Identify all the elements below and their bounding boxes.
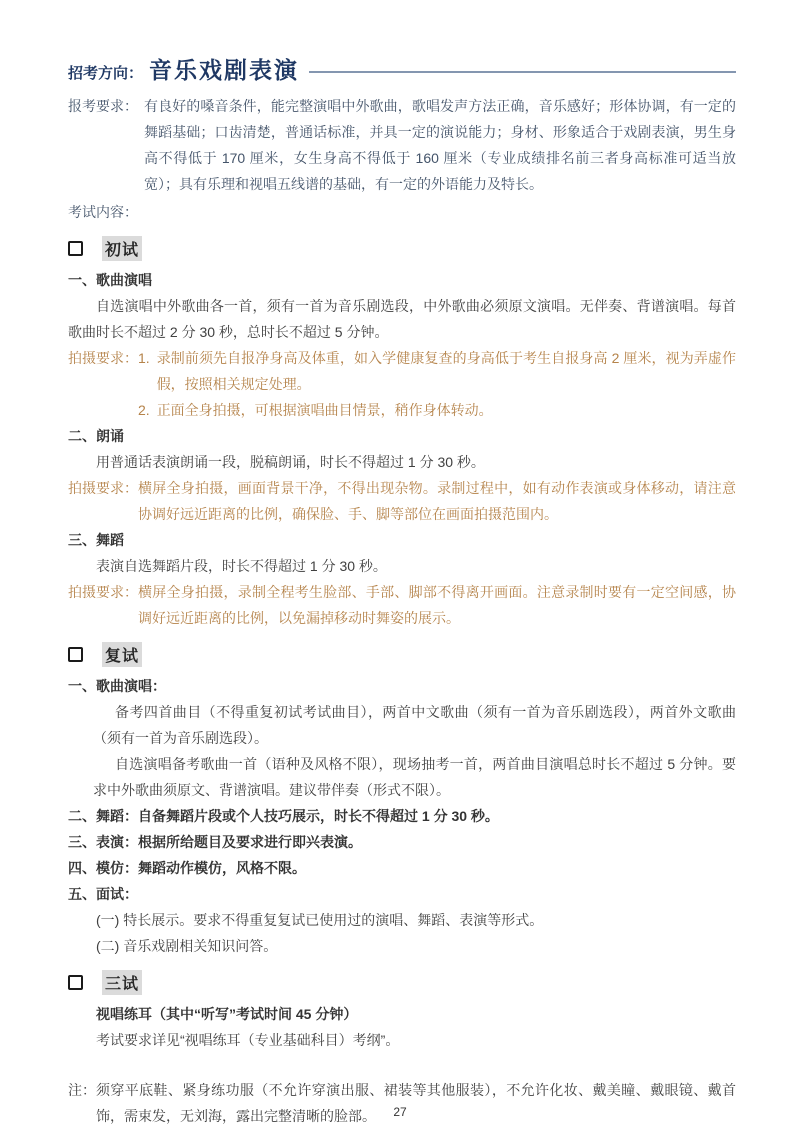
application-requirements-label: 报考要求： <box>68 93 144 197</box>
round3-subject: 视唱练耳（其中“听写”考试时间 45 分钟） <box>96 1001 736 1027</box>
shoot-item-text: 录制前须先自报净身高及体重，如入学健康复查的身高低于考生自报身高 2 厘米，视为… <box>157 345 736 397</box>
shoot-text: 横屏全身拍摄，画面背景干净，不得出现杂物。录制过程中，如有动作表演或身体移动，请… <box>138 475 736 527</box>
round1-subject1-shoot-requirements: 拍摄要求： 1. 录制前须先自报净身高及体重，如入学健康复查的身高低于考生自报身… <box>68 345 736 423</box>
shoot-item-text: 正面全身拍摄，可根据演唱曲目情景，稍作身体转动。 <box>157 397 736 423</box>
round3-title: 三试 <box>102 970 142 995</box>
header-rule <box>309 71 736 73</box>
round2-item1-title: 一、歌曲演唱： <box>68 673 736 699</box>
shoot-item: 2. 正面全身拍摄，可根据演唱曲目情景，稍作身体转动。 <box>138 397 736 423</box>
application-requirements-text: 有良好的嗓音条件，能完整演唱中外歌曲，歌唱发声方法正确，音乐感好；形体协调，有一… <box>144 93 736 197</box>
round2-item5: 五、面试： <box>68 881 736 907</box>
round1-subject2-desc: 用普通话表演朗诵一段，脱稿朗诵，时长不得超过 1 分 30 秒。 <box>68 449 736 475</box>
shoot-item-number: 1. <box>138 345 157 397</box>
round1-subject2-title: 二、朗诵 <box>68 423 736 449</box>
note-label: 注： <box>68 1077 96 1129</box>
shoot-label: 拍摄要求： <box>68 345 138 423</box>
section-round3: 三试 <box>68 968 736 996</box>
round2-item5-sub1: (一) 特长展示。要求不得重复复试已使用过的演唱、舞蹈、表演等形式。 <box>96 907 736 933</box>
round1-subject3-title: 三、舞蹈 <box>68 527 736 553</box>
round2-item4: 四、模仿：舞蹈动作模仿，风格不限。 <box>68 855 736 881</box>
round1-subject1-title: 一、歌曲演唱 <box>68 267 736 293</box>
square-bullet-icon <box>68 241 83 256</box>
doc-header: 招考方向： 音乐戏剧表演 <box>68 52 736 85</box>
round2-item1-para2: 自选演唱备考歌曲一首（语种及风格不限），现场抽考一首，两首曲目演唱总时长不超过 … <box>93 751 736 803</box>
round1-subject3-desc: 表演自选舞蹈片段，时长不得超过 1 分 30 秒。 <box>68 553 736 579</box>
page-content: 招考方向： 音乐戏剧表演 报考要求： 有良好的嗓音条件，能完整演唱中外歌曲，歌唱… <box>0 0 800 1129</box>
round2-title: 复试 <box>102 642 142 667</box>
round2-item3: 三、表演：根据所给题目及要求进行即兴表演。 <box>68 829 736 855</box>
round2-item1-para1: 备考四首曲目（不得重复初试考试曲目），两首中文歌曲（须有一首为音乐剧选段），两首… <box>93 699 736 751</box>
admission-direction-label: 招考方向： <box>68 62 143 83</box>
square-bullet-icon <box>68 647 83 662</box>
page-number: 27 <box>0 1105 800 1119</box>
round2-item2: 二、舞蹈：自备舞蹈片段或个人技巧展示，时长不得超过 1 分 30 秒。 <box>68 803 736 829</box>
shoot-label: 拍摄要求： <box>68 579 138 631</box>
note-text: 须穿平底鞋、紧身练功服（不允许穿演出服、裙装等其他服装），不允许化妆、戴美瞳、戴… <box>96 1077 736 1129</box>
round1-subject1-desc: 自选演唱中外歌曲各一首，须有一首为音乐剧选段，中外歌曲必须原文演唱。无伴奏、背谱… <box>68 293 736 345</box>
note: 注： 须穿平底鞋、紧身练功服（不允许穿演出服、裙装等其他服装），不允许化妆、戴美… <box>68 1077 736 1129</box>
square-bullet-icon <box>68 975 83 990</box>
exam-content-label: 考试内容： <box>68 199 736 225</box>
document-page: 招考方向： 音乐戏剧表演 报考要求： 有良好的嗓音条件，能完整演唱中外歌曲，歌唱… <box>0 0 800 1131</box>
round1-subject2-shoot-requirements: 拍摄要求： 横屏全身拍摄，画面背景干净，不得出现杂物。录制过程中，如有动作表演或… <box>68 475 736 527</box>
shoot-item: 1. 录制前须先自报净身高及体重，如入学健康复查的身高低于考生自报身高 2 厘米… <box>138 345 736 397</box>
shoot-item-number: 2. <box>138 397 157 423</box>
shoot-label: 拍摄要求： <box>68 475 138 527</box>
round1-subject3-shoot-requirements: 拍摄要求： 横屏全身拍摄，录制全程考生脸部、手部、脚部不得离开画面。注意录制时要… <box>68 579 736 631</box>
section-round1: 初试 <box>68 234 736 262</box>
shoot-text: 横屏全身拍摄，录制全程考生脸部、手部、脚部不得离开画面。注意录制时要有一定空间感… <box>138 579 736 631</box>
round2-item5-sub2: (二) 音乐戏剧相关知识问答。 <box>96 933 736 959</box>
round1-title: 初试 <box>102 236 142 261</box>
round3-reference: 考试要求详见“视唱练耳（专业基础科目）考纲”。 <box>96 1027 736 1053</box>
shoot-items: 1. 录制前须先自报净身高及体重，如入学健康复查的身高低于考生自报身高 2 厘米… <box>138 345 736 423</box>
major-title: 音乐戏剧表演 <box>149 52 299 85</box>
application-requirements: 报考要求： 有良好的嗓音条件，能完整演唱中外歌曲，歌唱发声方法正确，音乐感好；形… <box>68 93 736 197</box>
section-round2: 复试 <box>68 640 736 668</box>
